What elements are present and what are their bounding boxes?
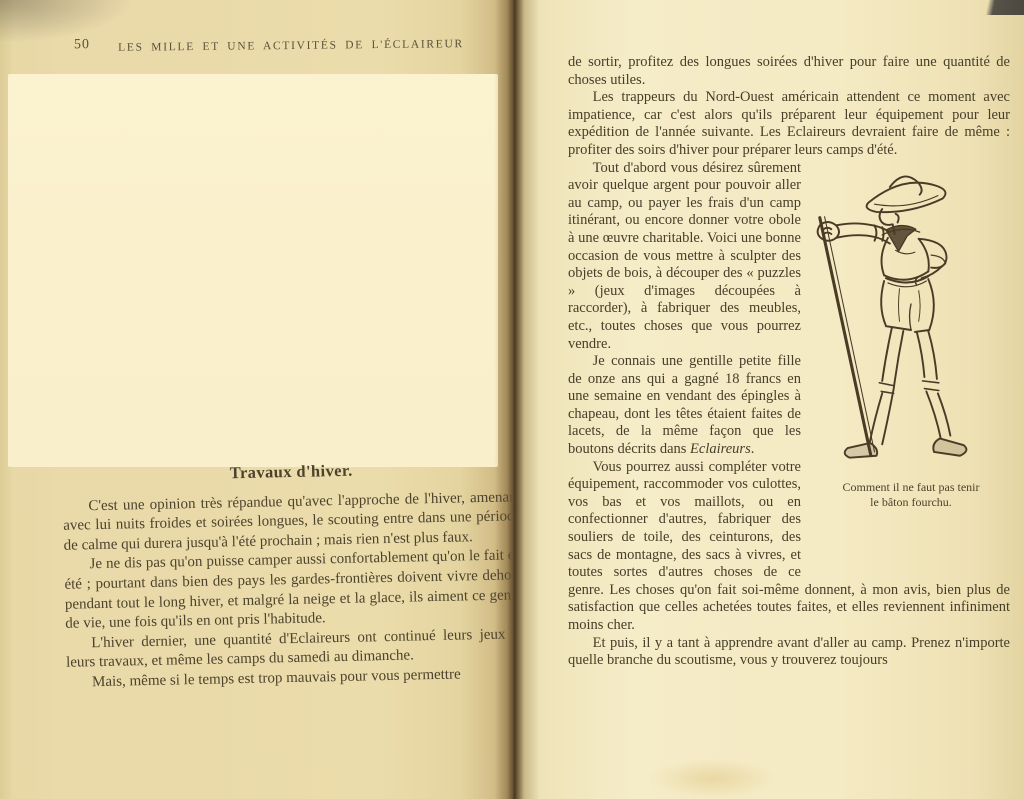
illustration-caption: Comment il ne faut pas tenir le bâton fo… — [843, 480, 980, 510]
right-page-text-block: de sortir, profitez des longues soirées … — [568, 54, 1010, 670]
italic-book-title: Eclaireurs — [690, 441, 751, 457]
paragraph: de sortir, profitez des longues soirées … — [568, 54, 1010, 89]
caption-line-1: Comment il ne faut pas tenir — [843, 480, 980, 495]
scan-corner-shadow-topleft — [0, 0, 130, 42]
removed-illustration-area — [8, 74, 498, 467]
paper-stain — [648, 758, 778, 799]
book-spread-scan: 50 LES MILLE ET UNE ACTIVITÉS DE L'ÉCLAI… — [0, 0, 1024, 799]
paragraph-text: Je connais une gentille petite fille de … — [568, 353, 801, 457]
paragraph-text: . — [751, 441, 755, 457]
illustration-figure: Comment il ne faut pas tenir le bâton fo… — [812, 162, 1010, 570]
scout-holding-staff-illustration — [815, 162, 1007, 474]
paragraph: Les trappeurs du Nord-Ouest américain at… — [568, 89, 1010, 159]
paragraph: Je ne dis pas qu'on puisse camper aussi … — [64, 547, 524, 635]
running-title-left: LES MILLE ET UNE ACTIVITÉS DE L'ÉCLAIREU… — [118, 38, 464, 54]
left-page-text-block: Travaux d'hiver. C'est une opinion très … — [62, 457, 525, 693]
page-left: 50 LES MILLE ET UNE ACTIVITÉS DE L'ÉCLAI… — [0, 0, 512, 799]
scan-corner-shadow-topright — [972, 0, 1024, 15]
caption-line-2: le bâton fourchu. — [843, 495, 980, 510]
page-left-header: 50 LES MILLE ET UNE ACTIVITÉS DE L'ÉCLAI… — [62, 34, 520, 57]
paragraph: C'est une opinion très répandue qu'avec … — [63, 488, 522, 556]
paragraph: Et puis, il y a tant à apprendre avant d… — [568, 635, 1010, 670]
